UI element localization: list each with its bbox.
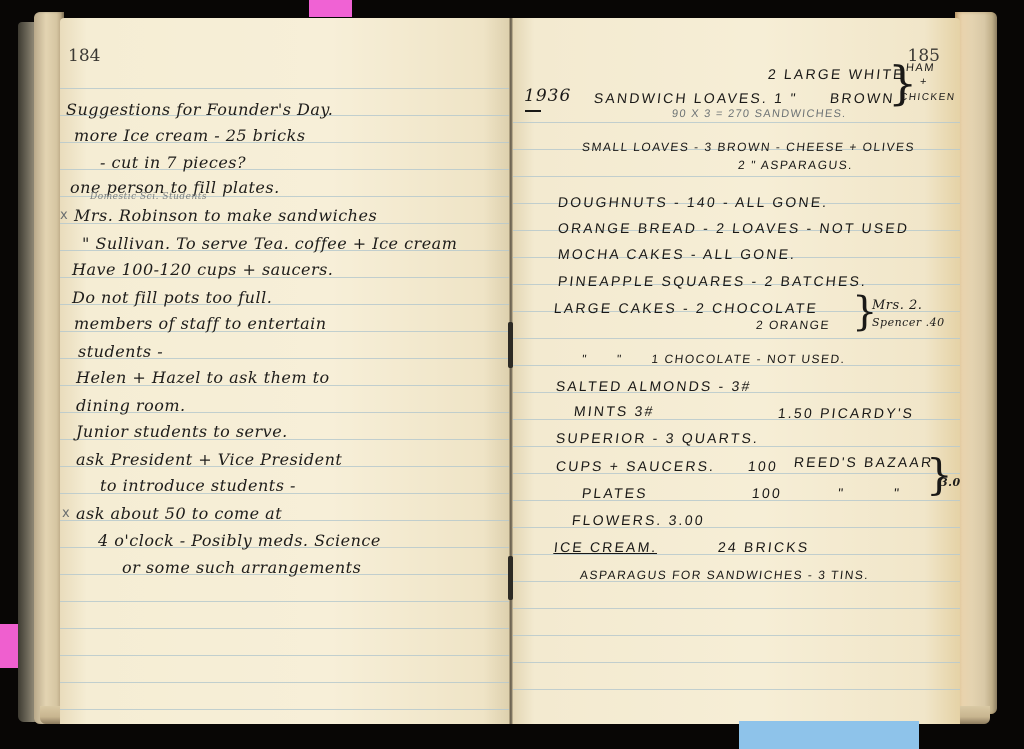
right-page-stack: [955, 12, 997, 714]
orange-bread: ORANGE BREAD - 2 LOAVES - NOT USED: [557, 220, 910, 236]
handwritten-line: " Sullivan. To serve Tea. coffee + Ice c…: [82, 234, 457, 253]
mints: MINTS 3#: [573, 403, 655, 419]
pink-sticky-tab-top: [309, 0, 352, 17]
ruled-line: [60, 88, 510, 89]
pineapple-squares: PINEAPPLE SQUARES - 2 batches.: [557, 273, 868, 289]
sandwich-fill-chicken: CHICKEN: [899, 92, 956, 103]
ruled-line: [512, 176, 960, 177]
ice-cream-qty: 24 BRICKS: [717, 539, 810, 555]
rental-total: 3.00: [940, 476, 960, 489]
ruled-line: [60, 628, 510, 629]
flowers: FLOWERS. 3.00: [571, 512, 706, 528]
large-cakes-note: Spencer .40: [872, 316, 945, 329]
right-page: 185 2 LARGE white 1936 SANDWICH LOAVES. …: [512, 18, 960, 724]
doughnuts: DOUGHNUTS - 140 - All Gone.: [557, 194, 829, 210]
mints-cost: 1.50 PICARDY'S: [777, 405, 915, 421]
handwritten-line: Have 100-120 cups + saucers.: [72, 260, 333, 279]
sandwich-fill-ham: HAM: [905, 62, 935, 74]
handwritten-line: Suggestions for Founder's Day.: [66, 100, 333, 119]
cups-source: REED'S BAZAAR: [793, 454, 934, 470]
ruled-line: [60, 709, 510, 710]
cross-mark: x: [62, 506, 70, 521]
cross-mark: x: [60, 208, 68, 223]
blue-sticky-tab-bottom: [739, 721, 919, 749]
cups-saucers: CUPS + SAUCERS.: [555, 458, 716, 474]
year-underline: [525, 110, 541, 112]
plates: PLATES: [581, 485, 649, 501]
handwritten-line: to introduce students -: [100, 476, 296, 495]
sandwich-large-white: 2 LARGE white: [767, 66, 905, 82]
sandwich-brown: BROWN: [829, 90, 895, 106]
year-label: 1936: [524, 86, 571, 106]
handwritten-line: members of staff to entertain: [74, 314, 327, 333]
ice-cream-label: ICE CREAM.: [553, 539, 658, 555]
handwritten-line: ask about 50 to come at: [76, 504, 282, 523]
handwritten-line: Mrs. Robinson to make sandwiches: [74, 206, 377, 225]
handwritten-line: dining room.: [76, 396, 186, 415]
large-cakes: LARGE CAKES - 2 Chocolate: [553, 300, 819, 316]
cups-qty: 100: [747, 458, 779, 474]
brace: }: [926, 454, 953, 496]
handwritten-line: students -: [78, 342, 163, 361]
ruled-line: [512, 122, 960, 123]
ruled-line: [512, 689, 960, 690]
ruled-line: [60, 601, 510, 602]
ruled-line: [512, 446, 960, 447]
page-gutter: [509, 18, 513, 724]
large-cakes-note: Mrs. 2.: [872, 298, 922, 313]
page-number-left: 184: [68, 46, 100, 66]
handwritten-line: - cut in 7 pieces?: [100, 153, 246, 172]
plates-ditto: " ": [837, 485, 902, 501]
salted-almonds: SALTED ALMONDS - 3#: [555, 378, 752, 394]
binding-stitch: [508, 322, 513, 368]
handwritten-line: Junior students to serve.: [76, 422, 288, 441]
large-cakes-orange: 2 ORANGE: [755, 318, 830, 332]
left-page: 184 Suggestions for Founder's Day. more …: [60, 18, 510, 724]
ruled-line: [512, 662, 960, 663]
binding-stitch: [508, 556, 513, 600]
sandwich-loaves: SANDWICH LOAVES. 1 ": [593, 90, 798, 106]
handwritten-line: ask President + Vice President: [76, 450, 342, 469]
handwritten-line: Do not fill pots too full.: [72, 288, 272, 307]
ruled-line: [512, 635, 960, 636]
sandwich-calc: 90 x 3 = 270 SANDWICHES.: [671, 108, 847, 120]
small-annotation: Domestic Sci. Students: [90, 192, 207, 202]
ruled-line: [512, 608, 960, 609]
handwritten-line: Helen + Hazel to ask them to: [76, 368, 330, 387]
sandwich-fill-plus: +: [919, 76, 928, 88]
handwritten-line: or some such arrangements: [122, 558, 361, 577]
ruled-line: [60, 682, 510, 683]
small-loaves-asparagus: 2 " ASPARAGUS.: [737, 158, 854, 172]
superior: SUPERIOR - 3 QUARTS.: [555, 430, 760, 446]
mocha-cakes: MOCHA CAKES - All Gone.: [557, 246, 797, 262]
plates-qty: 100: [751, 485, 783, 501]
asparagus-tins: ASPARAGUS FOR SANDWICHES - 3 TINS.: [579, 568, 870, 582]
ditto-chocolate: " " 1 Chocolate - Not USED.: [581, 352, 846, 366]
small-loaves: SMALL LOAVES - 3 BROWN - CHEESE + OLIVES: [581, 140, 916, 154]
ruled-line: [512, 338, 960, 339]
handwritten-line: more Ice cream - 25 bricks: [74, 126, 306, 145]
handwritten-line: 4 o'clock - Posibly meds. Science: [98, 531, 381, 550]
ruled-line: [60, 655, 510, 656]
